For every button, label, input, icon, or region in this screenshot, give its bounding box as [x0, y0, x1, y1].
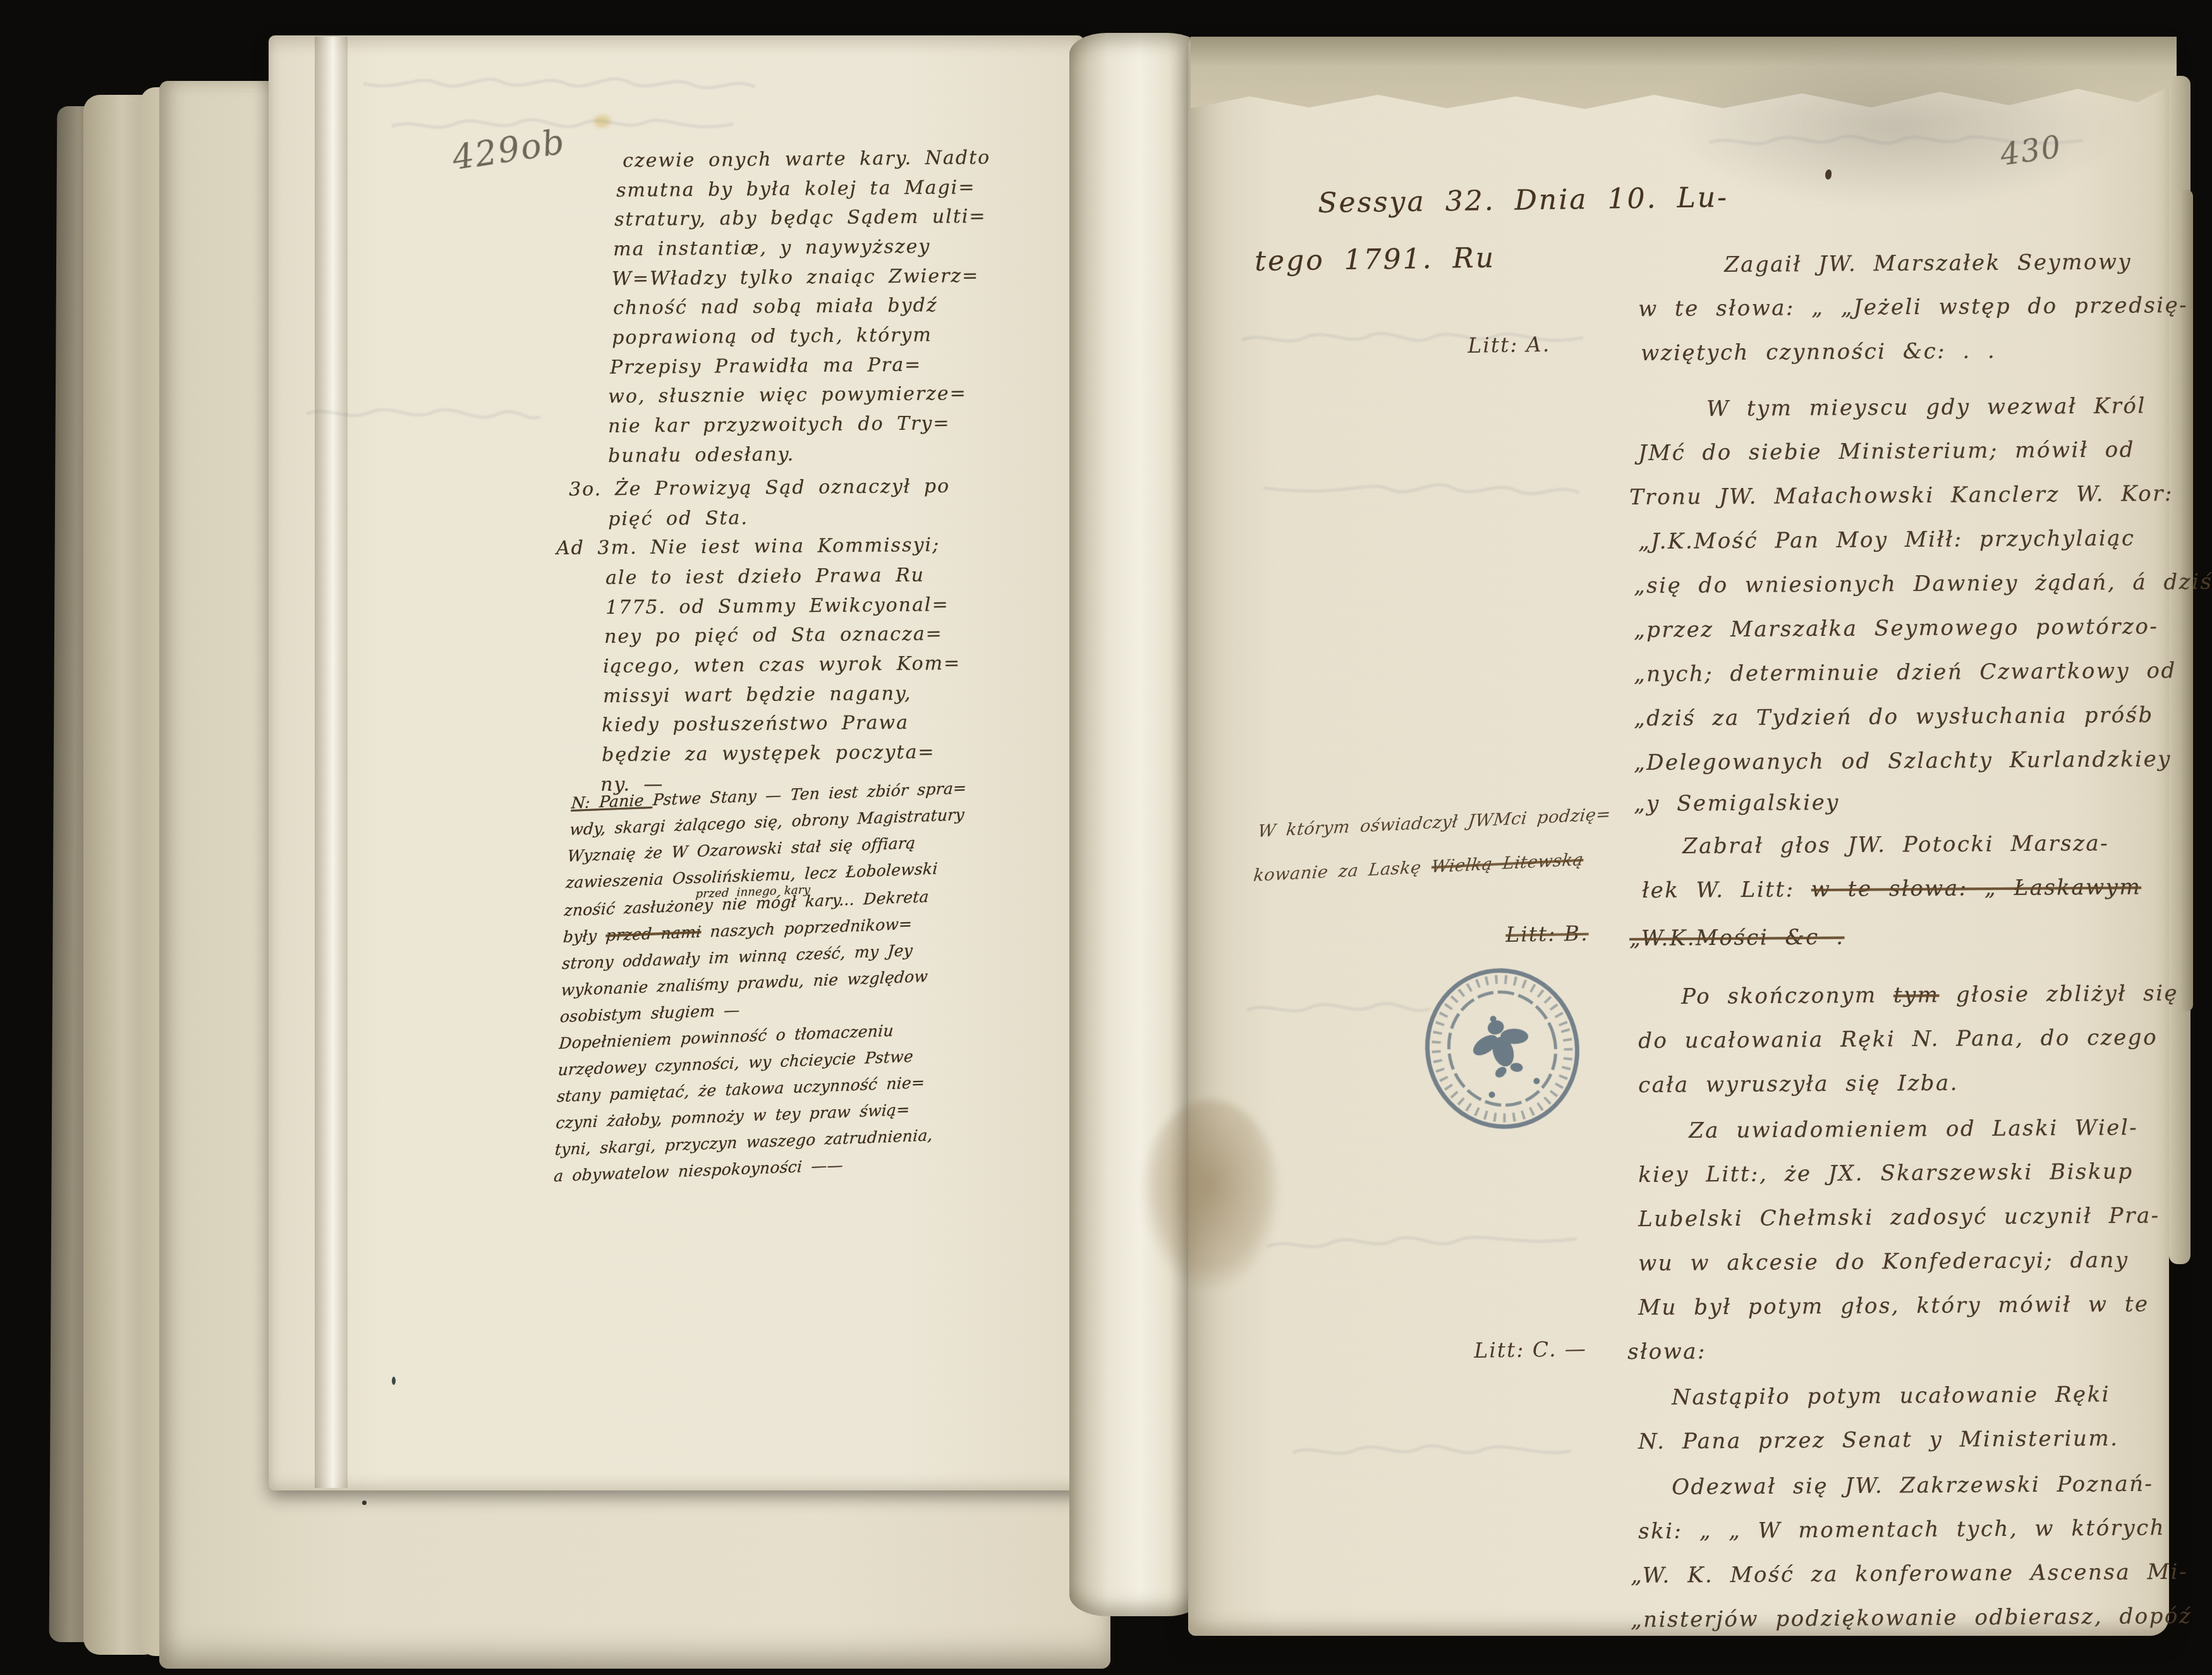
right-main-line: „przez Marszałka Seymowego powtórzo-	[1634, 616, 2158, 641]
right-main-line: „W.K.Mości &c .	[1629, 927, 1845, 949]
right-main-line: „J.K.Mość Pan Moy Miłł: przychylaiąc	[1638, 528, 2136, 552]
text-segment: „y Semigalskiey	[1634, 790, 1840, 817]
right-main-line: wziętych czynności &c: . .	[1641, 340, 1996, 364]
text-segment: JMć do siebie Ministerium; mówił od	[1638, 437, 2135, 466]
right-main-line: „W. K. Mość za konferowane Ascensa Mi-	[1631, 1561, 2188, 1587]
text-segment: Nastąpiło potym ucałowanie Ręki	[1672, 1382, 2110, 1410]
text-segment: W tym mieyscu gdy wezwał Król	[1706, 393, 2146, 422]
text-segment: słowa:	[1627, 1339, 1706, 1365]
text-segment: „się do wniesionych Dawniey żądań, á dzi…	[1634, 569, 2212, 599]
right-main-line: cała wyruszyła się Izba.	[1638, 1072, 1959, 1096]
right-main-line: Po skończonym tym głosie zbliżył się	[1681, 983, 2179, 1008]
right-main-line: „się do wniesionych Dawniey żądań, á dzi…	[1634, 571, 2212, 597]
text-segment: Tronu JW. Małachowski Kanclerz W. Kor:	[1629, 481, 2173, 510]
struck-text: w te słowa: „ Łaskawym	[1811, 874, 2142, 902]
right-main-line: Tronu JW. Małachowski Kanclerz W. Kor:	[1629, 483, 2173, 508]
manuscript-photo: 429ob 430 czewie onych warte kary. Nadto…	[0, 0, 2212, 1675]
right-main-line: „dziś za Tydzień do wysłuchania próśb	[1634, 704, 2154, 729]
text-segment: Za uwiadomieniem od Laski Wiel-	[1689, 1115, 2138, 1143]
text-segment: Zagaił JW. Marszałek Seymowy	[1724, 249, 2132, 277]
text-segment: Po skończonym	[1681, 983, 1893, 1009]
text-segment: „Delegowanych od Szlachty Kurlandzkiey	[1634, 746, 2172, 776]
text-segment: „przez Marszałka Seymowego powtórzo-	[1634, 614, 2159, 643]
text-segment: do ucałowania Ręki N. Pana, do czego	[1638, 1025, 2158, 1054]
text-segment: „dziś za Tydzień do wysłuchania próśb	[1634, 702, 2154, 731]
right-main-line: „y Semigalskiey	[1634, 792, 1840, 815]
right-main-line: „nisterjów podziękowanie odbierasz, dopó…	[1631, 1605, 2192, 1631]
text-segment: Odezwał się JW. Zakrzewski Poznań-	[1672, 1471, 2154, 1500]
text-segment: Zabrał głos JW. Potocki Marsza-	[1682, 831, 2109, 859]
right-main-line: W tym mieyscu gdy wezwał Król	[1706, 395, 2146, 420]
right-main-line: Za uwiadomieniem od Laski Wiel-	[1689, 1117, 2138, 1142]
text-segment: „nych; determinuie dzień Czwartkowy od	[1634, 658, 2177, 687]
text-segment: Lubelski Chełmski zadosyć uczynił Pra-	[1638, 1203, 2160, 1232]
text-segment: wu w akcesie do Konfederacyi; dany	[1638, 1248, 2129, 1276]
right-main-line: w te słowa: „ „Jeżeli wstęp do przedsię-	[1638, 295, 2188, 320]
right-main-line: „nych; determinuie dzień Czwartkowy od	[1634, 660, 2177, 685]
right-page-main-text: Zagaił JW. Marszałek Seymowyw te słowa: …	[0, 0, 2212, 1675]
right-main-line: do ucałowania Ręki N. Pana, do czego	[1638, 1026, 2158, 1052]
right-main-line: Zagaił JW. Marszałek Seymowy	[1724, 251, 2132, 276]
struck-text: tym	[1893, 982, 1940, 1008]
right-main-line: Nastąpiło potym ucałowanie Ręki	[1672, 1384, 2110, 1408]
right-main-line: Lubelski Chełmski zadosyć uczynił Pra-	[1638, 1205, 2160, 1230]
right-main-line: łek W. Litt: w te słowa: „ Łaskawym	[1642, 876, 2141, 901]
text-segment: „J.K.Mość Pan Moy Miłł: przychylaiąc	[1638, 526, 2136, 554]
text-segment: w te słowa: „ „Jeżeli wstęp do przedsię-	[1638, 293, 2188, 322]
right-main-line: JMć do siebie Ministerium; mówił od	[1638, 439, 2135, 464]
right-main-line: Zabrał głos JW. Potocki Marsza-	[1682, 832, 2109, 857]
right-main-line: słowa:	[1627, 1341, 1706, 1363]
text-segment: „W. K. Mość za konferowane Ascensa Mi-	[1631, 1559, 2188, 1588]
right-main-line: Mu był potym głos, który mówił w te	[1638, 1293, 2149, 1319]
text-segment: cała wyruszyła się Izba.	[1638, 1070, 1959, 1098]
text-segment: „nisterjów podziękowanie odbierasz, dopó…	[1631, 1604, 2192, 1633]
text-segment: łek W. Litt:	[1642, 877, 1811, 903]
right-main-line: Odezwał się JW. Zakrzewski Poznań-	[1672, 1473, 2154, 1498]
right-main-line: N. Pana przez Senat y Ministerium.	[1638, 1428, 2119, 1453]
struck-text: „W.K.Mości &c .	[1629, 925, 1845, 951]
text-segment: głosie zbliżył się	[1939, 981, 2179, 1008]
text-segment: Mu był potym głos, który mówił w te	[1638, 1291, 2149, 1320]
right-main-line: „Delegowanych od Szlachty Kurlandzkiey	[1634, 748, 2172, 774]
text-segment: N. Pana przez Senat y Ministerium.	[1638, 1426, 2119, 1454]
text-segment: ski: „ „ W momentach tych, w których	[1638, 1515, 2165, 1544]
right-main-line: ski: „ „ W momentach tych, w których	[1638, 1517, 2165, 1542]
right-main-line: wu w akcesie do Konfederacyi; dany	[1638, 1250, 2129, 1274]
right-main-line: kiey Litt:, że JX. Skarszewski Biskup	[1638, 1161, 2134, 1186]
text-segment: kiey Litt:, że JX. Skarszewski Biskup	[1638, 1159, 2134, 1188]
text-segment: wziętych czynności &c: . .	[1641, 338, 1996, 366]
